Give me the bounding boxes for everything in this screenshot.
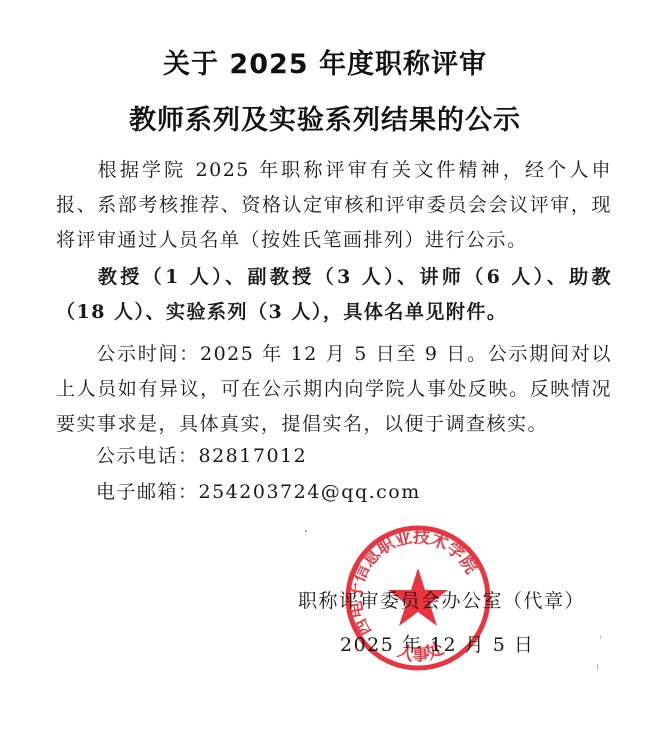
svg-text:人事处: 人事处 [395, 638, 447, 666]
official-seal-icon: 西电子信息职业技术学院 人事处 [342, 522, 494, 674]
scan-speck [597, 664, 598, 670]
paragraph-basis-text: 根据学院 2025 年职称评审有关文件精神，经个人申报、系部考核推荐、资格认定审… [56, 159, 612, 251]
contact-email: 电子邮箱：254203724@qq.com [96, 477, 421, 504]
paragraph-basis: 根据学院 2025 年职称评审有关文件精神，经个人申报、系部考核推荐、资格认定审… [56, 153, 612, 258]
paragraph-counts-text: 教授（1 人）、副教授（3 人）、讲师（6 人）、助教（18 人）、实验系列（3… [56, 266, 612, 323]
paragraph-counts: 教授（1 人）、副教授（3 人）、讲师（6 人）、助教（18 人）、实验系列（3… [56, 260, 612, 330]
seal-star-icon [388, 568, 448, 626]
title-line-2: 教师系列及实验系列结果的公示 [0, 98, 650, 137]
paragraph-period-text: 公示时间：2025 年 12 月 5 日至 9 日。公示期间对以上人员如有异议，… [56, 343, 612, 435]
scan-speck [600, 635, 601, 639]
title-line-1: 关于 2025 年度职称评审 [0, 42, 650, 81]
seal-bottom-text: 人事处 [395, 638, 447, 666]
seal-arc-text: 西电子信息职业技术学院 [345, 526, 482, 639]
svg-text:西电子信息职业技术学院: 西电子信息职业技术学院 [345, 526, 482, 639]
contact-phone: 公示电话：82817012 [96, 441, 307, 468]
scan-speck [305, 530, 307, 532]
paragraph-period: 公示时间：2025 年 12 月 5 日至 9 日。公示期间对以上人员如有异议，… [56, 337, 612, 442]
